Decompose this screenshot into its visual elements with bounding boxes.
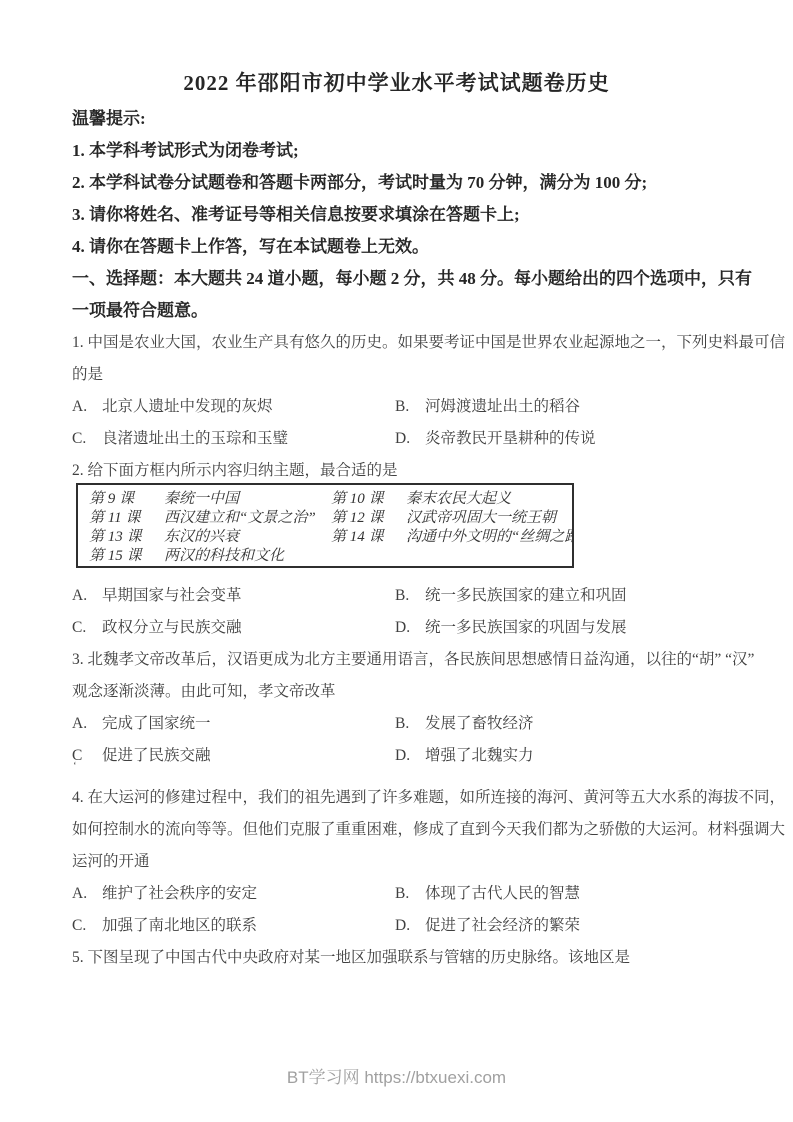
lesson-13-no: 第 13 课 (89, 528, 164, 547)
notice-item-4: 4. 请你在答题卡上作答，写在本试题卷上无效。 (72, 231, 721, 263)
notice-item-3: 3. 请你将姓名、准考证号等相关信息按要求填涂在答题卡上; (72, 199, 721, 231)
lesson-empty-no (331, 547, 406, 566)
q2-stem: 2. 给下面方框内所示内容归纳主题，最合适的是 (72, 455, 721, 487)
q2-option-d-label: D. (395, 612, 412, 644)
notice-heading: 温馨提示: (72, 103, 721, 135)
q2-option-b-label: B. (395, 580, 412, 612)
q3-options-row-cd: C促进了民族交融 D.增强了北魏实力 (72, 740, 721, 772)
lesson-empty (331, 547, 406, 566)
lesson-10-no: 第 10 课 (331, 490, 406, 509)
q2-option-c-text: 政权分立与民族交融 (102, 619, 242, 636)
q4-option-a-label: A. (72, 878, 89, 910)
lesson-box-row: 第 15 课两汉的科技和文化 (89, 547, 572, 566)
q5-stem: 5. 下图呈现了中国古代中央政府对某一地区加强联系与管辖的历史脉络。该地区是 (72, 942, 721, 974)
q1-option-b-text: 河姆渡遗址出土的稻谷 (425, 398, 580, 415)
q4-stem-line-2: 如何控制水的流向等等。但他们克服了重重困难，修成了直到今天我们都为之骄傲的大运河… (72, 814, 721, 846)
lesson-14-title: 沟通中外文明的“丝绸之路” (406, 528, 574, 547)
lesson-9-no: 第 9 课 (89, 490, 164, 509)
q4-option-c-label: C. (72, 910, 89, 942)
q4-option-b-text: 体现了古代人民的智慧 (425, 885, 580, 902)
q3-option-d-label: D. (395, 740, 412, 772)
q4-option-b-label: B. (395, 878, 412, 910)
scan-artifact-mark: ‘ (73, 760, 77, 772)
q1-option-a-label: A. (72, 391, 89, 423)
q2-option-d-text: 统一多民族国家的巩固与发展 (425, 619, 627, 636)
q4-options-row-ab: A.维护了社会秩序的安定 B.体现了古代人民的智慧 (72, 878, 721, 910)
lesson-13-title: 东汉的兴衰 (164, 528, 239, 547)
lesson-11: 第 11 课西汉建立和“文景之治” (89, 509, 331, 528)
lesson-11-title: 西汉建立和“文景之治” (164, 509, 316, 528)
q3-options-row-ab: A.完成了国家统一 B.发展了畜牧经济 (72, 708, 721, 740)
notice-item-2: 2. 本学科试卷分试题卷和答题卡两部分，考试时量为 70 分钟，满分为 100 … (72, 167, 721, 199)
lesson-15: 第 15 课两汉的科技和文化 (89, 547, 331, 566)
q4-option-d-label: D. (395, 910, 412, 942)
lesson-12-no: 第 12 课 (331, 509, 406, 528)
q3-option-a-label: A. (72, 708, 89, 740)
lesson-10: 第 10 课秦末农民大起义 (331, 490, 511, 509)
q1-option-c: C.良渚遗址出土的玉琮和玉璧 (72, 423, 288, 455)
lesson-14: 第 14 课沟通中外文明的“丝绸之路” (331, 528, 574, 547)
q2-option-c-label: C. (72, 612, 89, 644)
exam-paper-page: 2022 年邵阳市初中学业水平考试试题卷历史 温馨提示: 1. 本学科考试形式为… (0, 0, 793, 1122)
lesson-11-no: 第 11 课 (89, 509, 164, 528)
q4-stem-line-1: 4. 在大运河的修建过程中，我们的祖先遇到了许多难题，如所连接的海河、黄河等五大… (72, 782, 721, 814)
q3-option-c-text: 促进了民族交融 (102, 747, 211, 764)
q4-option-d-text: 促进了社会经济的繁荣 (425, 917, 580, 934)
q1-option-d: D.炎帝教民开垦耕种的传说 (395, 423, 596, 455)
lesson-12-title: 汉武帝巩固大一统王朝 (406, 509, 556, 528)
q1-option-a-text: 北京人遗址中发现的灰烬 (102, 398, 273, 415)
lesson-box-row: 第 11 课西汉建立和“文景之治” 第 12 课汉武帝巩固大一统王朝 (89, 509, 572, 528)
q1-option-b: B.河姆渡遗址出土的稻谷 (395, 391, 580, 423)
page-title: 2022 年邵阳市初中学业水平考试试题卷历史 (72, 66, 721, 100)
q1-stem-line-2: 的是 (72, 359, 721, 391)
lesson-9: 第 9 课秦统一中国 (89, 490, 331, 509)
q3-option-a: A.完成了国家统一 (72, 708, 211, 740)
q3-option-b-text: 发展了畜牧经济 (425, 715, 534, 732)
lesson-box-row: 第 9 课秦统一中国 第 10 课秦末农民大起义 (89, 490, 572, 509)
lesson-10-title: 秦末农民大起义 (406, 490, 511, 509)
spacer (72, 568, 721, 580)
q4-option-c-text: 加强了南北地区的联系 (102, 917, 257, 934)
q3-option-b-label: B. (395, 708, 412, 740)
q1-option-d-text: 炎帝教民开垦耕种的传说 (425, 430, 596, 447)
q1-options-row-ab: A.北京人遗址中发现的灰烬 B.河姆渡遗址出土的稻谷 (72, 391, 721, 423)
q3-option-b: B.发展了畜牧经济 (395, 708, 534, 740)
q1-option-c-label: C. (72, 423, 89, 455)
lesson-13: 第 13 课东汉的兴衰 (89, 528, 331, 547)
q2-option-b-text: 统一多民族国家的建立和巩固 (425, 587, 627, 604)
q1-option-a: A.北京人遗址中发现的灰烬 (72, 391, 273, 423)
lesson-9-title: 秦统一中国 (164, 490, 239, 509)
q4-options-row-cd: C.加强了南北地区的联系 D.促进了社会经济的繁荣 (72, 910, 721, 942)
q4-option-a: A.维护了社会秩序的安定 (72, 878, 257, 910)
lesson-box-row: 第 13 课东汉的兴衰 第 14 课沟通中外文明的“丝绸之路” (89, 528, 572, 547)
q2-options-row-ab: A.早期国家与社会变革 B.统一多民族国家的建立和巩固 (72, 580, 721, 612)
q2-option-a: A.早期国家与社会变革 (72, 580, 242, 612)
q3-option-d: D.增强了北魏实力 (395, 740, 534, 772)
notice-item-1: 1. 本学科考试形式为闭卷考试; (72, 135, 721, 167)
q3-option-d-text: 增强了北魏实力 (425, 747, 534, 764)
section-heading-line-1: 一、选择题：本大题共 24 道小题，每小题 2 分，共 48 分。每小题给出的四… (72, 263, 721, 295)
q2-options-row-cd: C.政权分立与民族交融 D.统一多民族国家的巩固与发展 (72, 612, 721, 644)
q4-option-d: D.促进了社会经济的繁荣 (395, 910, 580, 942)
q1-option-d-label: D. (395, 423, 412, 455)
q2-option-b: B.统一多民族国家的建立和巩固 (395, 580, 627, 612)
q1-options-row-cd: C.良渚遗址出土的玉琮和玉璧 D.炎帝教民开垦耕种的传说 (72, 423, 721, 455)
q3-option-a-text: 完成了国家统一 (102, 715, 211, 732)
q2-option-a-text: 早期国家与社会变革 (102, 587, 242, 604)
q3-option-c: C促进了民族交融 (72, 740, 211, 772)
lesson-14-no: 第 14 课 (331, 528, 406, 547)
q2-option-d: D.统一多民族国家的巩固与发展 (395, 612, 627, 644)
lesson-15-title: 两汉的科技和文化 (164, 547, 284, 566)
spacer (72, 772, 721, 782)
q1-stem-line-1: 1. 中国是农业大国，农业生产具有悠久的历史。如果要考证中国是世界农业起源地之一… (72, 327, 721, 359)
q1-option-c-text: 良渚遗址出土的玉琮和玉璧 (102, 430, 288, 447)
q1-option-b-label: B. (395, 391, 412, 423)
q4-option-c: C.加强了南北地区的联系 (72, 910, 257, 942)
q4-option-a-text: 维护了社会秩序的安定 (102, 885, 257, 902)
q2-option-c: C.政权分立与民族交融 (72, 612, 242, 644)
section-heading-line-2: 一项最符合题意。 (72, 295, 721, 327)
site-watermark: BT学习网 https://btxuexi.com (0, 1066, 793, 1090)
q3-stem-line-2: 观念逐渐淡薄。由此可知，孝文帝改革 (72, 676, 721, 708)
q3-stem-line-1: 3. 北魏孝文帝改革后，汉语更成为北方主要通用语言，各民族间思想感情日益沟通，以… (72, 644, 721, 676)
q2-option-a-label: A. (72, 580, 89, 612)
lesson-15-no: 第 15 课 (89, 547, 164, 566)
lesson-12: 第 12 课汉武帝巩固大一统王朝 (331, 509, 556, 528)
q4-stem-line-3: 运河的开通 (72, 846, 721, 878)
q4-option-b: B.体现了古代人民的智慧 (395, 878, 580, 910)
q2-lesson-box: 第 9 课秦统一中国 第 10 课秦末农民大起义 第 11 课西汉建立和“文景之… (76, 483, 574, 568)
